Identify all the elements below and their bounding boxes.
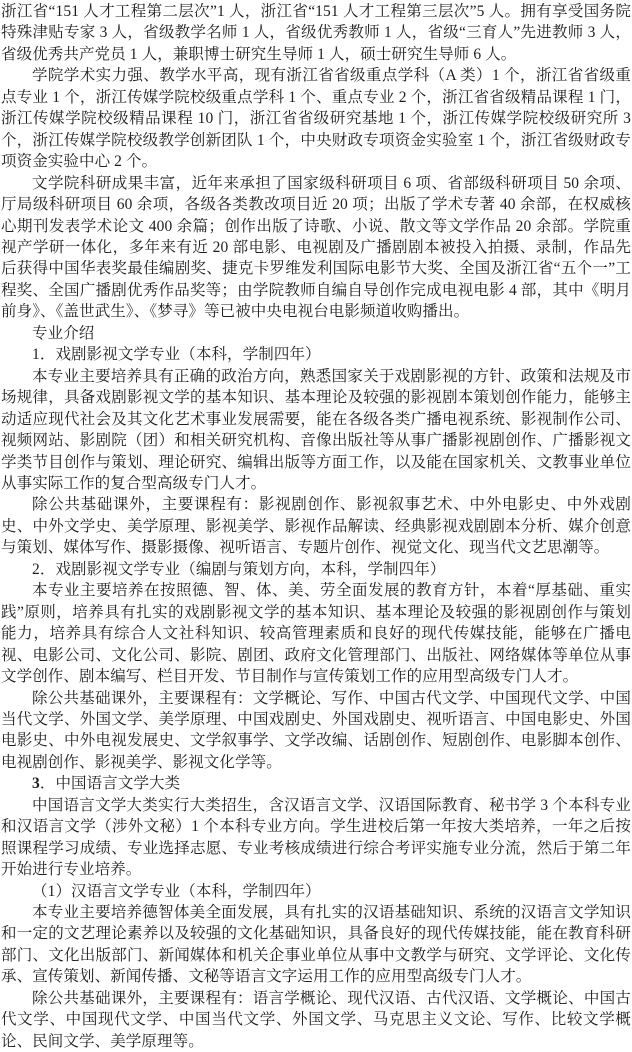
paragraph-major-2-courses: 除公共基础课外，主要课程有：文学概论、写作、中国古代文学、中国现代文学、中国当代…: [1, 688, 631, 774]
paragraph-major-1-training-objectives: 本专业主要培养具有正确的政治方向，熟悉国家关于戏剧影视的方针、政策和法规及市场规…: [1, 366, 631, 495]
paragraph-research-achievements: 文学院科研成果丰富，近年来承担了国家级科研项目 6 项、省部级科研项目 50 余…: [1, 173, 631, 323]
heading-major-3-chinese-language-literature: 3．中国语言文学大类: [1, 773, 631, 794]
heading-major-2-screenwriting-planning: 2．戏剧影视文学专业（编剧与策划方向，本科，学制四年）: [1, 559, 631, 580]
heading-number: 3: [32, 775, 40, 792]
paragraph-major-3-enrollment-policy: 中国语言文学大类实行大类招生，含汉语言文学、汉语国际教育、秘书学 3 个本科专业…: [1, 795, 631, 881]
paragraph-talent-programs: 浙江省“151 人才工程第二层次”1 人，浙江省“151 人才工程第三层次”5 …: [1, 1, 631, 65]
document-page: 浙江省“151 人才工程第二层次”1 人，浙江省“151 人才工程第三层次”5 …: [0, 0, 632, 1052]
heading-major-3-1-han-language-literature: （1）汉语言文学专业（本科，学制四年）: [1, 881, 631, 902]
paragraph-major-3-1-courses: 除公共基础课外，主要课程有：语言学概论、现代汉语、古代汉语、文学概论、中国古代文…: [1, 988, 631, 1052]
heading-major-introduction: 专业介绍: [1, 323, 631, 344]
paragraph-major-1-courses: 除公共基础课外，主要课程有：影视剧创作、影视叙事艺术、中外电影史、中外戏剧史、中…: [1, 494, 631, 558]
paragraph-academic-strength: 学院学术实力强、教学水平高，现有浙江省省级重点学科（A 类）1 个，浙江省省级重…: [1, 65, 631, 172]
paragraph-major-3-1-training-objectives: 本专业主要培养德智体美全面发展，具有扎实的汉语基础知识、系统的汉语言文学知识和一…: [1, 902, 631, 988]
heading-major-1-drama-film-tv-literature: 1．戏剧影视文学专业（本科，学制四年）: [1, 344, 631, 365]
paragraph-major-2-training-objectives: 本专业主要培养在按照德、智、体、美、劳全面发展的教育方针，本着“厚基础、重实践”…: [1, 580, 631, 687]
heading-label: ．中国语言文学大类: [40, 775, 180, 792]
